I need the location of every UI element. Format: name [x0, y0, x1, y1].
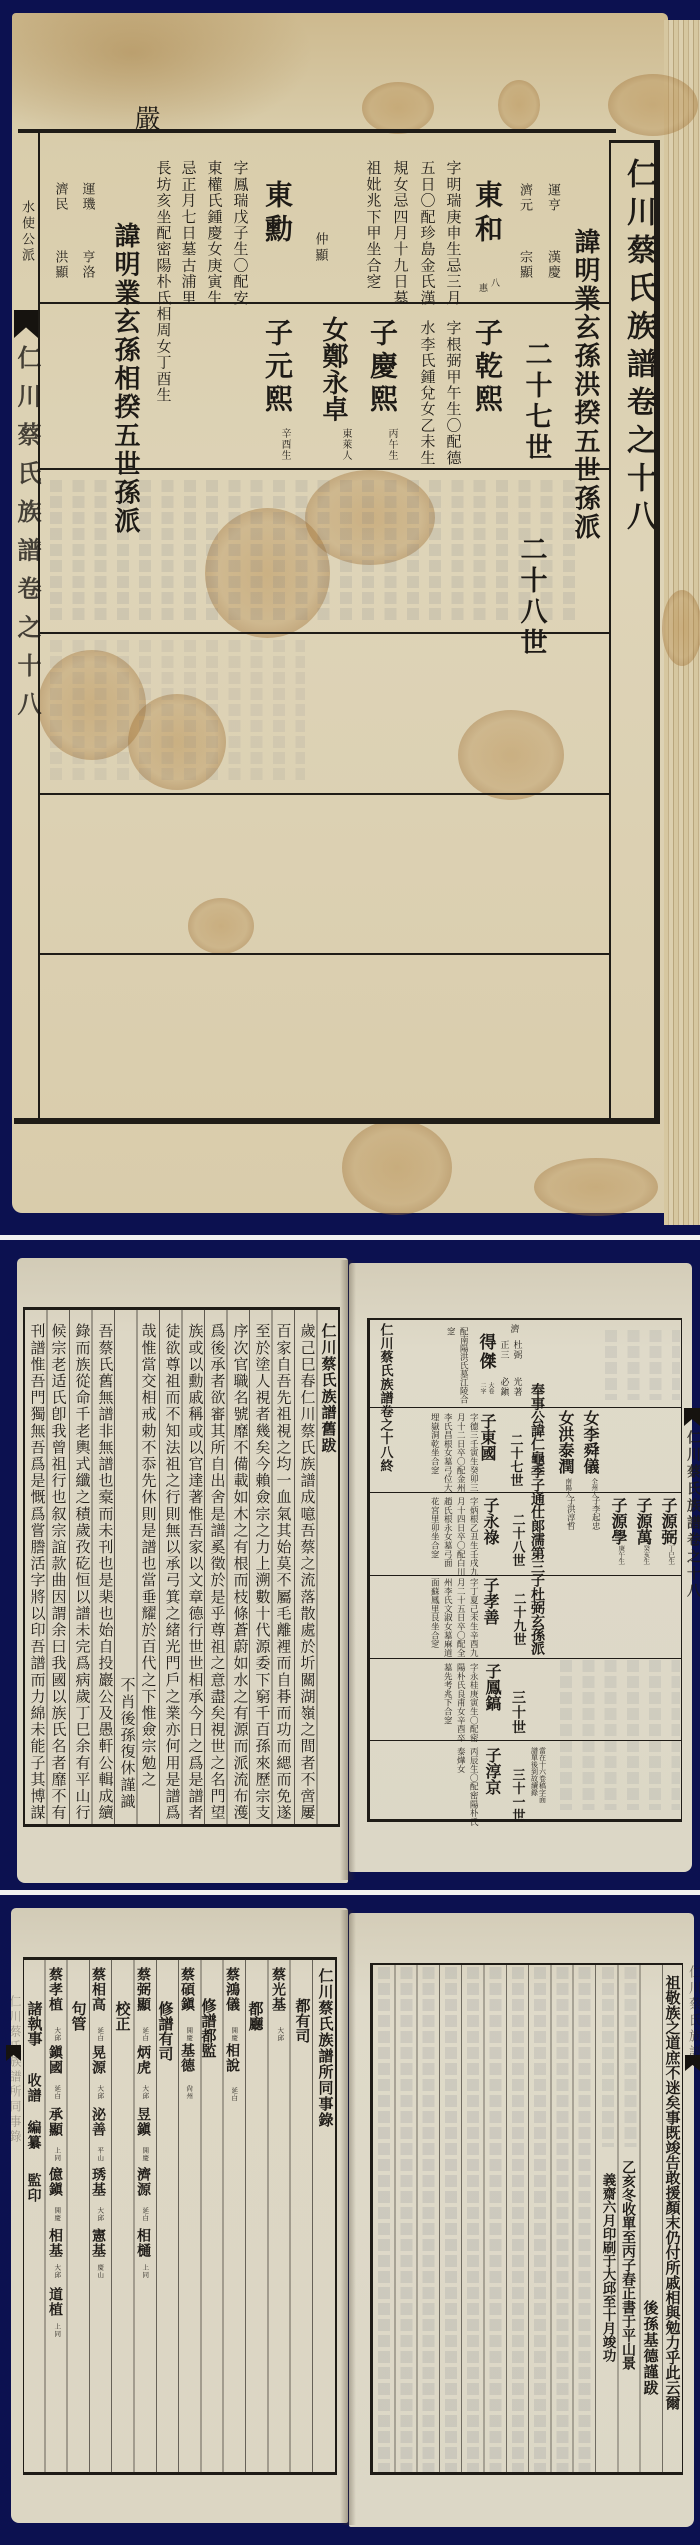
member-origin: 大邱: [97, 2085, 104, 2100]
member-name: 蔡相高: [91, 1967, 105, 2012]
heir-name: 運璣: [81, 182, 94, 212]
generation-label-31: 三十一世: [511, 1768, 524, 1822]
biography-line: 月二十五日卒〇配全: [456, 1578, 465, 1657]
member-origin: 大邱: [277, 2027, 284, 2042]
person-name: 子源弼: [660, 1497, 676, 1545]
name-annotation: 大卷: [487, 1382, 493, 1394]
person-name: 女李舜儀: [582, 1410, 598, 1474]
heir-name: 濟元: [518, 183, 531, 213]
fold-title: 仁川蔡氏族譜所同事錄: [9, 1995, 21, 2145]
generation-label-30: 三十世: [511, 1690, 525, 1735]
biography-line: 字丁夏己未生辛酉九: [469, 1578, 478, 1657]
heir-name: 杜弼: [512, 1340, 521, 1360]
volume-end-title: 仁川蔡氏族譜卷之十八終: [379, 1323, 392, 1473]
branch-heading-sangkyu: 諱明業玄孫相揆五世孫派: [112, 222, 138, 536]
postface-line: 歲己巳春仁川蔡氏族譜成噫吾蔡之流落散處於圻關湖嶺之間者不啻屢: [300, 1323, 315, 1821]
postface-line: 族或以勳戚稱或以官達著惟吾家以文章德行世世相承今日之爲是譜者: [188, 1323, 203, 1821]
heir-name: 運亨: [546, 183, 559, 213]
role-title: 修譜都監: [201, 1998, 216, 2058]
biography-line: 李氏昌根女墓弓位大: [443, 1413, 452, 1492]
postface-line: 吾蔡氏舊無譜非無譜也槖而未刊也是棐也始自投巖公及愚軒公輯成續: [98, 1323, 113, 1821]
member-origin: 大邱: [54, 2264, 61, 2279]
row-divider: [368, 1575, 682, 1576]
scan-3-book-spread: 仁川蔡氏族譜所同事錄 仁川蔡氏族譜所同事錄 都有司 蔡光基 大邱 都廳 蔡鴻儀 …: [0, 1895, 700, 2545]
fold-volume-title: 仁川蔡氏族譜卷之十八: [15, 345, 39, 730]
member-origin: 大邱: [54, 2027, 61, 2042]
book-gutter: [340, 1260, 356, 1880]
person-name: 子元熙: [263, 318, 291, 417]
member-origin: 延白: [97, 2027, 104, 2042]
postface-line: 爲後承者欲審其所自出舍是譜奚徵於是乎尊祖之意盡矣視世之名門望: [210, 1323, 225, 1821]
member-name: 晃源: [91, 2045, 105, 2075]
heir-name: 漢慶: [546, 250, 559, 280]
person-name: 子乾熙: [473, 318, 501, 417]
generation-label-29: 二十九世: [512, 1592, 525, 1646]
member-name: 相基: [48, 2228, 62, 2258]
biography-line: 泰燁女: [456, 1747, 465, 1773]
member-name: 昱鎭: [136, 2107, 150, 2137]
role-title: 都廳: [248, 2001, 263, 2031]
person-name: 子淳京: [484, 1747, 500, 1795]
postface-line: 徒欲尊祖而不知法祖之行則無以承弓箕之緒光門戶之業亦何用是譜爲: [165, 1323, 180, 1821]
biography-line: 配南陽洪氏墓江陵合: [459, 1327, 468, 1404]
branch-heading: 奉事公諱仁龜季子通仕郞濡第三子杜弼玄孫派: [530, 1383, 544, 1655]
heir-name: 必鎭: [499, 1377, 508, 1397]
colophon-line: 義齋六月印刷于大邱至十月竣功: [600, 2173, 614, 2362]
scan-2-book-spread: 仁川蔡氏族譜舊跋 歲己巳春仁川蔡氏族譜成噫吾蔡之流落散處於圻關湖嶺之間者不啻屢 …: [0, 1240, 700, 1890]
biography-line: 面蘇鳳里艮坐合窆: [430, 1578, 439, 1648]
colophon-line: 乙亥冬收單至丙子春正書于平山景: [621, 2160, 635, 2370]
member-name: 億鎭: [48, 2167, 62, 2197]
member-origin: 大邱: [142, 2085, 149, 2100]
person-name: 得傑: [477, 1333, 494, 1371]
biography-line: 丙辰生〇配密陽朴氏: [469, 1747, 478, 1826]
postface-line: 錄而族從命千老輿式纖之積歲孜矻恒以譜未完爲病歲丁巳余有平山行: [75, 1323, 90, 1821]
row-divider: [39, 953, 610, 955]
person-name: 子源學: [610, 1497, 626, 1545]
water-stain: [362, 82, 434, 134]
person-name: 子東國: [479, 1413, 495, 1461]
generation-label-27: 二十七世: [523, 340, 550, 464]
row-divider: [368, 1658, 682, 1659]
heir-name: 濟民: [54, 182, 67, 212]
postface-signature: 後孫基德謹跋: [643, 2300, 658, 2396]
header-column-top-border: [610, 140, 660, 143]
member-name: 琇基: [91, 2167, 105, 2197]
biography-line: 墓先考兆下合窆: [443, 1663, 452, 1725]
book-gutter: [340, 1910, 356, 2525]
heir-name: 宗顯: [518, 250, 531, 280]
birth-note: 丁巳生: [668, 1545, 675, 1565]
member-name: 憲基: [91, 2228, 105, 2258]
biography-line: 月十四日卒〇配白川: [456, 1497, 465, 1576]
fold-volume-title: 仁川蔡氏族譜卷之十八: [686, 1430, 700, 1600]
person-name: 子孝善: [482, 1577, 498, 1625]
biography-line: 窆: [446, 1327, 455, 1336]
water-stain: [534, 1158, 658, 1216]
member-origin: 平山: [97, 2147, 104, 2162]
postface-line: 候宗老适氏卽我曾祖行也叙宗誼款曲因謂余曰我國以族氏名者靡不有: [51, 1323, 66, 1821]
member-name: 承顯: [48, 2107, 62, 2137]
birth-note: 辛酉生: [279, 428, 289, 461]
editorial-note: 譜單後到故續錄: [531, 1747, 538, 1796]
member-origin: 開慶: [54, 2207, 61, 2222]
heir-name: 光著: [512, 1377, 521, 1397]
member-origin: 上同: [54, 2147, 61, 2162]
biography-line: 祖妣兆下甲坐合窆: [366, 160, 381, 290]
water-stain: [342, 1120, 452, 1215]
biography-line: 水李氏鍾兌女乙未生: [420, 320, 435, 466]
child-name: 子李起忠: [591, 1496, 600, 1530]
water-stain: [458, 710, 564, 800]
role-title: 都有司: [295, 1998, 310, 2043]
water-stain: [608, 74, 698, 136]
biography-line: 五日〇配珍島金氏漢: [420, 160, 435, 306]
biography-line: 字德三壬寅生癸卯三: [469, 1413, 478, 1492]
biography-line: 東權氏鍾慶女庚寅生: [207, 160, 222, 306]
duty-label: 收譜: [27, 2073, 41, 2103]
top-margin-mark: 嚴: [132, 105, 158, 131]
biography-line: 字永桂庚寅生〇配密: [469, 1663, 478, 1742]
member-origin: 慶山: [97, 2264, 104, 2279]
member-origin: 上同: [54, 2323, 61, 2338]
member-name: 蔡孝植: [48, 1967, 62, 2012]
child-name: 子洪淳哲: [566, 1496, 575, 1530]
row-divider: [368, 1492, 682, 1493]
member-name: 泌善: [91, 2107, 105, 2137]
postface-title: 仁川蔡氏族譜舊跋: [321, 1323, 336, 1453]
role-title: 校正: [115, 2001, 130, 2031]
person-name: 子慶熙: [368, 318, 396, 417]
person-name: 子源萬: [635, 1497, 651, 1545]
member-name: 炳虎: [136, 2045, 150, 2075]
origin-note: 南陽人: [565, 1478, 572, 1498]
member-origin: 開慶: [186, 2027, 193, 2042]
frame-top-border: [18, 129, 616, 133]
origin-note: 東萊人: [340, 428, 350, 461]
heir-name: 洪顯: [54, 250, 67, 280]
member-name: 相說: [225, 2043, 239, 2073]
member-name: 鎭國: [48, 2045, 62, 2075]
biography-line: 埋嶽洞乾坐合窆: [430, 1413, 439, 1475]
role-title: 句管: [71, 2001, 86, 2031]
postface-line: 百家自吾先祖視之均一血氣其始莫不屬毛離裡而自朞而功而緦而免遂: [276, 1323, 291, 1821]
duty-label: 監印: [27, 2173, 41, 2203]
member-name: 蔡碩鎭: [180, 1967, 194, 2012]
water-stain: [188, 898, 254, 954]
heir-name: 正三: [499, 1340, 508, 1360]
water-stain: [498, 80, 540, 130]
person-name: 東勳: [263, 180, 291, 248]
member-origin: 尙州: [186, 2085, 193, 2100]
member-origin: 開慶: [231, 2027, 238, 2042]
generation-label-27: 二十七世: [509, 1433, 522, 1487]
biography-line: 字根弼甲午生〇配德: [446, 320, 461, 466]
postface-line: 刊譜惟吾門獨無吾爲是慨爲嘗謄活字將以印吾譜而力綿未能子其博謀: [30, 1323, 45, 1821]
postface-line: 哉惟當交相戒勅不忝先休則是譜也當垂耀於百代之下惟僉宗勉之: [141, 1323, 156, 1788]
right-page-frame: [367, 1318, 682, 1822]
volume-header-title: 仁川蔡氏族譜卷之十八: [623, 158, 653, 538]
biography-line: 月十二日卒〇配金州: [456, 1413, 465, 1492]
member-origin: 延白: [231, 2087, 238, 2102]
member-name: 蔡光基: [271, 1967, 285, 2012]
member-name: 濟源: [136, 2167, 150, 2197]
bleed-through-text: [45, 640, 305, 780]
biography-line: 趙氏根永女墓弓面: [443, 1497, 452, 1567]
biography-line: 字炳根乙丑生壬戌九: [469, 1497, 478, 1576]
biography-line: 陽朴氏良甫女辛酉卒: [456, 1663, 465, 1742]
person-name: 子永祿: [482, 1497, 498, 1545]
header-column-divider: [609, 140, 611, 1122]
birth-note: 癸亥生: [643, 1545, 650, 1565]
member-origin: 延白: [142, 2207, 149, 2222]
fold-title: 仁川蔡氏族譜: [687, 1965, 700, 2061]
heir-mark: 濟: [509, 1324, 518, 1333]
member-origin: 開慶: [142, 2147, 149, 2162]
member-name: 蔡弼顯: [136, 1967, 150, 2012]
row-divider: [39, 793, 610, 795]
frame-bottom-border: [14, 1118, 660, 1124]
fishtail-mark: [684, 1408, 700, 1426]
role-title: 修譜有司: [158, 2001, 173, 2061]
biography-line: 字鳳瑞戊子生〇配安: [233, 160, 248, 306]
water-stain: [662, 590, 700, 666]
biography-line: 字明瑞庚申生忌三月: [446, 160, 461, 306]
person-name: 女洪泰潤: [557, 1410, 573, 1474]
biography-line: 規女忌四月十九日墓: [393, 160, 408, 306]
row-divider: [368, 1407, 682, 1408]
fold-branch-label: 水使公派: [20, 200, 33, 264]
member-origin: 大邱: [97, 2207, 104, 2222]
member-name: 相樋: [136, 2228, 150, 2258]
biography-line: 忌正月七日墓古浦里: [181, 160, 196, 306]
biography-line: 長坊亥坐配密陽朴氏相周女丁酉生: [156, 160, 171, 403]
person-name: 子鳳鎬: [484, 1663, 500, 1711]
biography-line: 州李氏文淑女墓麻道: [443, 1578, 452, 1657]
member-origin: 延白: [142, 2027, 149, 2042]
biography-line: 花宮里卯坐合窆: [430, 1497, 439, 1559]
member-name: 蔡鴻儀: [225, 1967, 239, 2012]
duty-label: 編纂: [27, 2120, 41, 2150]
relation-label: 仲顯: [314, 232, 327, 264]
editorial-note: 當在十六卷稿字面: [539, 1747, 546, 1803]
birth-note: 丙午生: [386, 428, 396, 461]
member-origin: 延白: [54, 2085, 61, 2100]
postface-line: 至於塗人視者幾矣今賴僉宗之力上溯數十代源委下窮千百孫來歷宗支: [255, 1323, 270, 1821]
member-origin: 上同: [142, 2264, 149, 2279]
postface-text: 祖敬族之道庶不迷矣事既竣告敢援顏末仍付所戚相與勉力乎此云爾: [665, 1975, 680, 2410]
branch-heading-hongkyu: 諱明業玄孫洪揆五世孫派: [572, 228, 598, 542]
person-name: 女鄭永卓: [320, 316, 346, 422]
scan-1-genealogy-page: 水使公派 仁川蔡氏族譜卷之十八 嚴 仁川蔡氏族譜卷之十八 諱明業玄孫洪揆五世孫派…: [0, 0, 700, 1235]
committee-record-title: 仁川蔡氏族譜所同事錄: [318, 1968, 333, 2128]
name-annotation: 惠: [477, 283, 486, 292]
birth-note: 庚午生: [618, 1545, 625, 1565]
name-annotation: 二字: [479, 1382, 485, 1394]
member-name: 道植: [48, 2287, 62, 2317]
postface-line: 序次官職名號靡不備載如木之有根而枝條蒼蔚如水之有源而派流布濩: [233, 1323, 248, 1821]
name-annotation: 八: [489, 278, 498, 287]
generation-label-28: 二十八世: [511, 1513, 524, 1567]
row-divider: [368, 1740, 682, 1741]
member-name: 基德: [180, 2043, 194, 2073]
person-name: 東和: [473, 180, 501, 248]
generation-label-28: 二十八世: [518, 535, 545, 659]
role-title: 諸執事: [27, 2001, 42, 2046]
postface-signature: 不肖後孫復休謹識: [120, 1677, 135, 1810]
origin-note: 全州人: [591, 1478, 598, 1498]
heir-name: 亨洛: [81, 250, 94, 280]
